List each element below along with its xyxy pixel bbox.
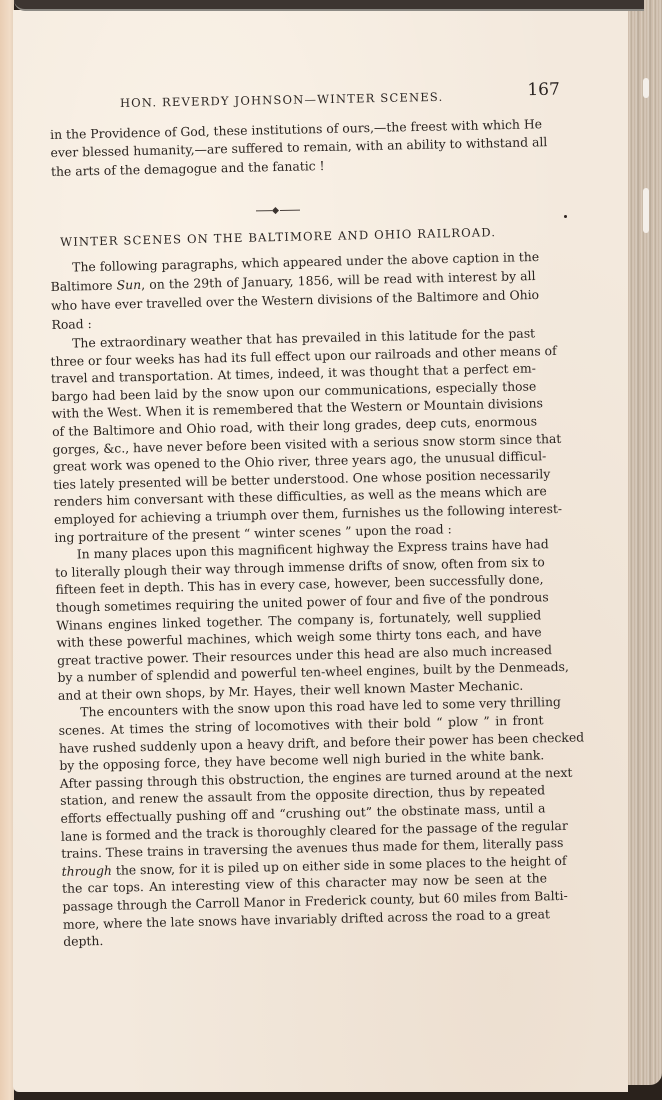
divider-rule	[256, 210, 272, 212]
running-title: HON. REVERDY JOHNSON—WINTER SCENES.	[120, 90, 444, 110]
page-number: 167	[527, 80, 560, 101]
intro-paragraph: in the Providence of God, these institut…	[50, 115, 536, 180]
edge-chip	[643, 188, 649, 233]
section-intro-paragraph: The following paragraphs, which appeared…	[50, 247, 537, 334]
emphasis-word: through	[62, 863, 113, 879]
divider-rule	[280, 210, 300, 212]
text-fragment: Baltimore	[50, 277, 116, 293]
newspaper-title: Sun	[117, 277, 142, 293]
quoted-article: The extraordinary weather that has preva…	[50, 324, 548, 950]
diamond-icon	[272, 207, 279, 214]
facing-page-edge	[0, 0, 14, 1100]
edge-chip	[643, 78, 649, 98]
section-divider-ornament	[256, 208, 300, 215]
page-stack-edge	[628, 0, 662, 1085]
book-cover-top	[14, 0, 644, 11]
paper-speck	[564, 215, 567, 218]
